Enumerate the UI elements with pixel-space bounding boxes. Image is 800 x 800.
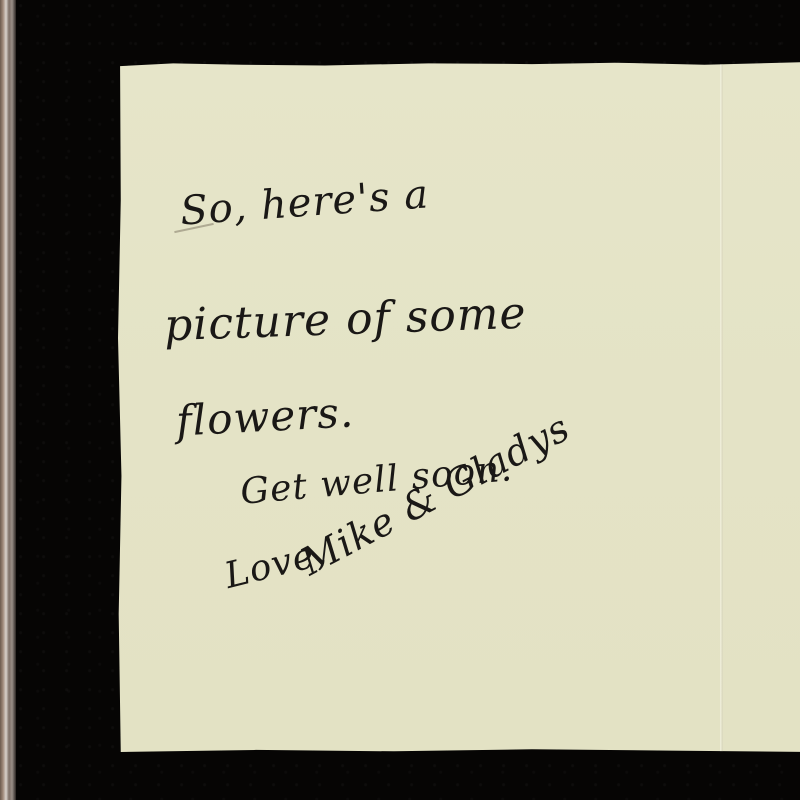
note-line-2: picture of some (163, 288, 527, 352)
picture-frame-edge (0, 0, 16, 800)
note-line-3: flowers. (175, 387, 355, 445)
handwritten-note-paper: So, here's a picture of some flowers. Ge… (118, 62, 800, 752)
paper-fold-line (720, 62, 723, 752)
note-line-1: So, here's a (179, 171, 431, 234)
